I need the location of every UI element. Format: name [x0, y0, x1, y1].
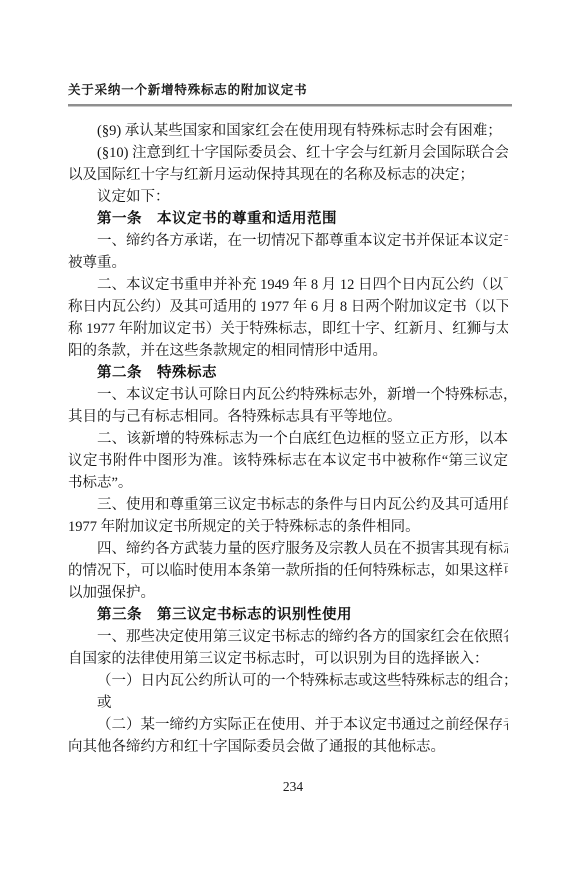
paragraph: （二）某一缔约方实际正在使用、并于本议定书通过之前经保存者向其他各缔约方和红十字… — [68, 714, 508, 758]
text-line: 一、那些决定使用第三议定书标志的缔约各方的国家红会在依照各 — [68, 626, 508, 648]
section-heading: 第三条 第三议定书标志的识别性使用 — [68, 604, 508, 626]
text-line: 议定书附件中图形为准。该特殊标志在本议定书中被称作“第三议定 — [68, 450, 508, 472]
text-line: (§9) 承认某些国家和国家红会在使用现有特殊标志时会有困难； — [68, 120, 508, 142]
text-line: 被尊重。 — [68, 252, 508, 274]
paragraph: 二、该新增的特殊标志为一个白底红色边框的竖立正方形，以本议定书附件中图形为准。该… — [68, 428, 508, 494]
page-number: 234 — [0, 779, 586, 795]
paragraph: （一）日内瓦公约所认可的一个特殊标志或这些特殊标志的组合； — [68, 670, 508, 692]
text-line: 三、使用和尊重第三议定书标志的条件与日内瓦公约及其可适用的 — [68, 494, 508, 516]
text-line: 自国家的法律使用第三议定书标志时，可以识别为目的选择嵌入： — [68, 648, 508, 670]
paragraph: 二、本议定书重申并补充 1949 年 8 月 12 日四个日内瓦公约（以下称日内… — [68, 274, 508, 362]
text-line: 称 1977 年附加议定书）关于特殊标志，即红十字、红新月、红狮与太 — [68, 318, 508, 340]
paragraph: 或 — [68, 692, 508, 714]
text-line: 第三条 第三议定书标志的识别性使用 — [68, 604, 508, 626]
paragraph: 三、使用和尊重第三议定书标志的条件与日内瓦公约及其可适用的1977 年附加议定书… — [68, 494, 508, 538]
text-line: 或 — [68, 692, 508, 714]
text-line: 其目的与己有标志相同。各特殊标志具有平等地位。 — [68, 406, 508, 428]
section-heading: 第一条 本议定书的尊重和适用范围 — [68, 208, 508, 230]
header-rule — [68, 104, 512, 107]
text-line: 二、本议定书重申并补充 1949 年 8 月 12 日四个日内瓦公约（以下 — [68, 274, 508, 296]
text-line: 一、本议定书认可除日内瓦公约特殊标志外，新增一个特殊标志， — [68, 384, 508, 406]
paragraph: 一、那些决定使用第三议定书标志的缔约各方的国家红会在依照各自国家的法律使用第三议… — [68, 626, 508, 670]
text-line: 第二条 特殊标志 — [68, 362, 508, 384]
document-page: 关于采纳一个新增特殊标志的附加议定书 (§9) 承认某些国家和国家红会在使用现有… — [0, 0, 586, 869]
document-body: (§9) 承认某些国家和国家红会在使用现有特殊标志时会有困难；(§10) 注意到… — [68, 120, 508, 758]
text-line: 书标志”。 — [68, 472, 508, 494]
text-line: 1977 年附加议定书所规定的关于特殊标志的条件相同。 — [68, 516, 508, 538]
section-heading: 第二条 特殊标志 — [68, 362, 508, 384]
text-line: 四、缔约各方武装力量的医疗服务及宗教人员在不损害其现有标志 — [68, 538, 508, 560]
text-line: 议定如下： — [68, 186, 508, 208]
paragraph: 四、缔约各方武装力量的医疗服务及宗教人员在不损害其现有标志的情况下，可以临时使用… — [68, 538, 508, 604]
text-line: 的情况下，可以临时使用本条第一款所指的任何特殊标志，如果这样可 — [68, 560, 508, 582]
text-line: 第一条 本议定书的尊重和适用范围 — [68, 208, 508, 230]
paragraph: (§9) 承认某些国家和国家红会在使用现有特殊标志时会有困难； — [68, 120, 508, 142]
text-line: 一、缔约各方承诺，在一切情况下都尊重本议定书并保证本议定书 — [68, 230, 508, 252]
text-line: 以及国际红十字与红新月运动保持其现在的名称及标志的决定； — [68, 164, 508, 186]
text-line: （一）日内瓦公约所认可的一个特殊标志或这些特殊标志的组合； — [68, 670, 508, 692]
running-header-title: 关于采纳一个新增特殊标志的附加议定书 — [68, 83, 512, 98]
paragraph: 一、本议定书认可除日内瓦公约特殊标志外，新增一个特殊标志，其目的与己有标志相同。… — [68, 384, 508, 428]
text-line: 阳的条款，并在这些条款规定的相同情形中适用。 — [68, 340, 508, 362]
paragraph: 议定如下： — [68, 186, 508, 208]
paragraph: (§10) 注意到红十字国际委员会、红十字会与红新月会国际联合会以及国际红十字与… — [68, 142, 508, 186]
text-line: (§10) 注意到红十字国际委员会、红十字会与红新月会国际联合会 — [68, 142, 508, 164]
text-line: （二）某一缔约方实际正在使用、并于本议定书通过之前经保存者 — [68, 714, 508, 736]
paragraph: 一、缔约各方承诺，在一切情况下都尊重本议定书并保证本议定书被尊重。 — [68, 230, 508, 274]
text-line: 二、该新增的特殊标志为一个白底红色边框的竖立正方形，以本 — [68, 428, 508, 450]
text-line: 以加强保护。 — [68, 582, 508, 604]
text-line: 称日内瓦公约）及其可适用的 1977 年 6 月 8 日两个附加议定书（以下 — [68, 296, 508, 318]
text-line: 向其他各缔约方和红十字国际委员会做了通报的其他标志。 — [68, 736, 508, 758]
